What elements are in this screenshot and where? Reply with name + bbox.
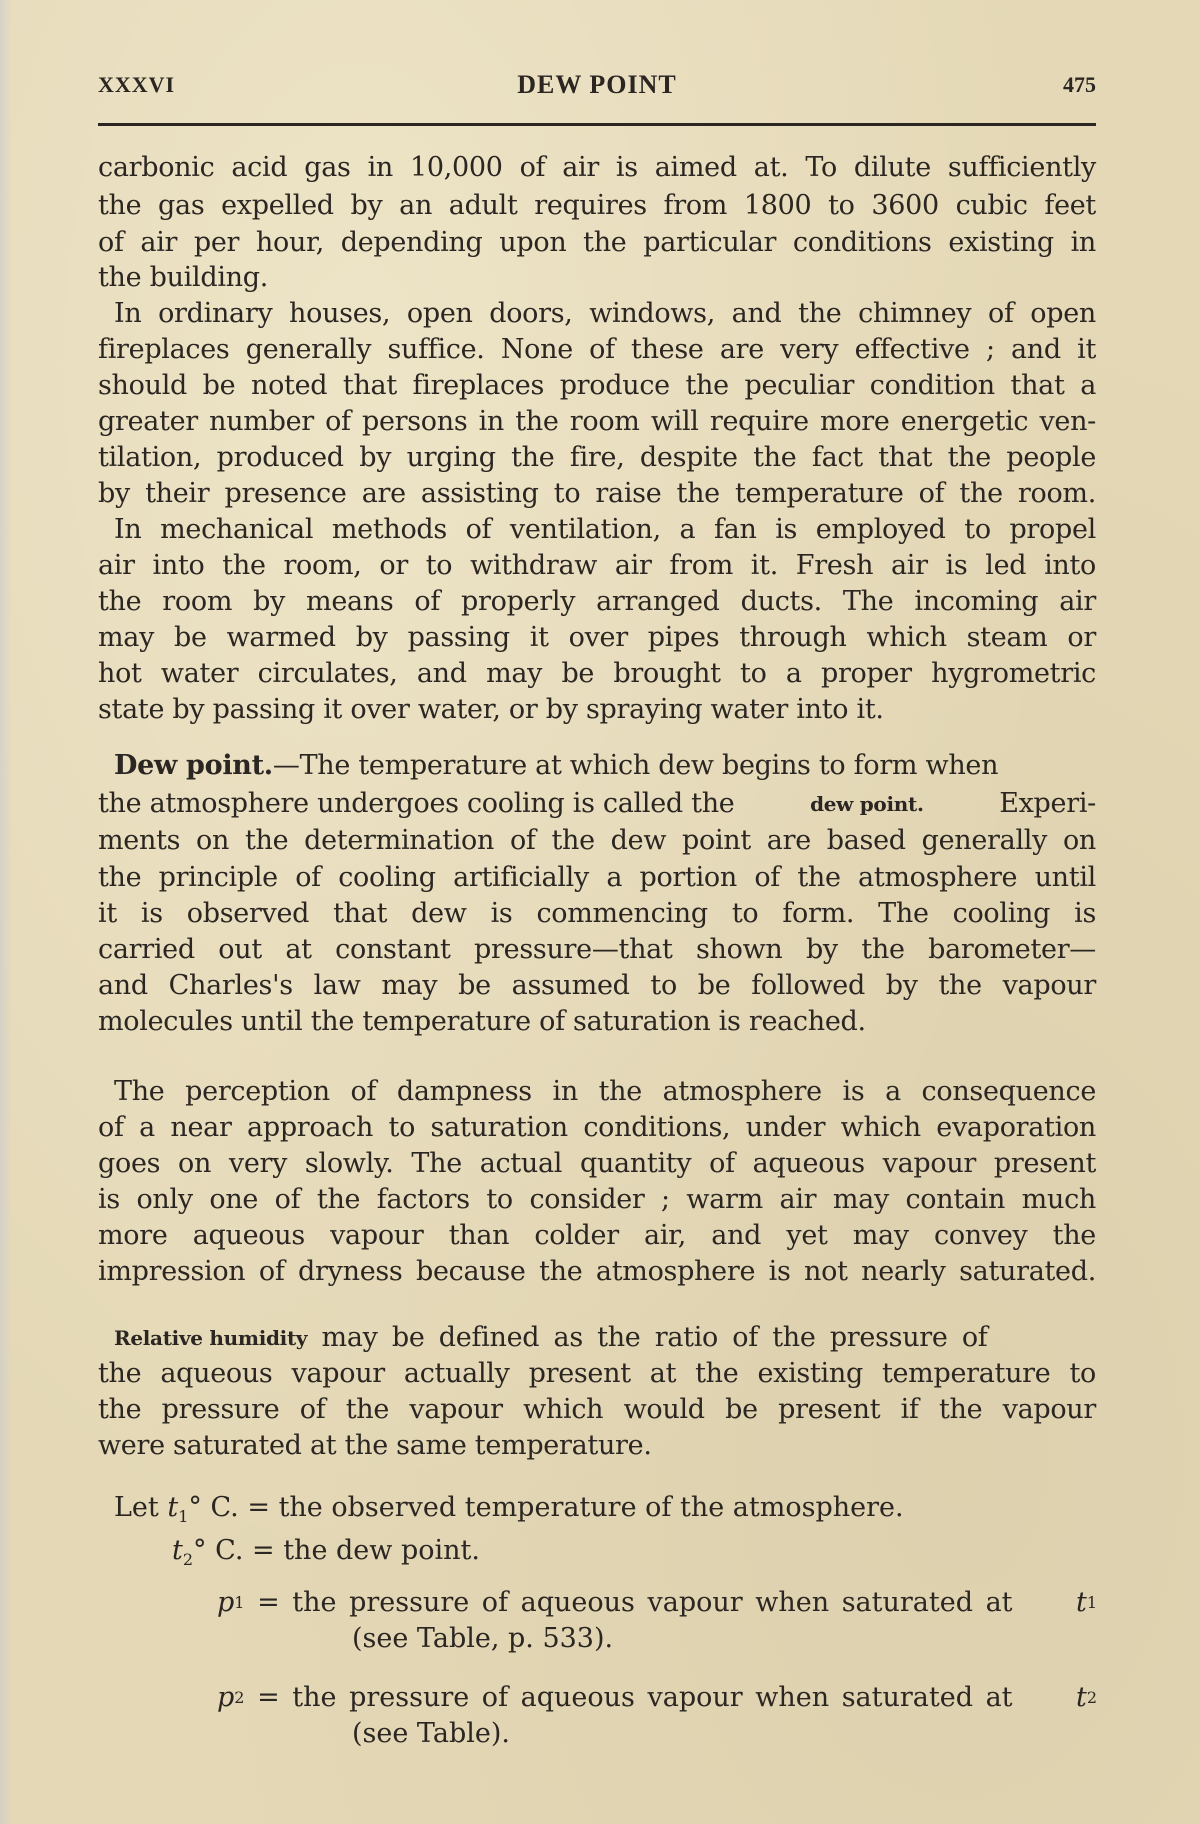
unit: ° C.	[193, 1535, 243, 1566]
symbol-p: p	[217, 1585, 234, 1621]
text-line: carried out at constant pressure—that sh…	[98, 932, 1096, 968]
text-line: carbonic acid gas in 10,000 of air is ai…	[98, 150, 1096, 186]
defined-term-dew-point: dew point.	[810, 786, 924, 822]
symbol-t: t	[172, 1535, 183, 1566]
header-rule	[98, 123, 1096, 126]
let-label: Let	[114, 1492, 159, 1523]
text-line: of air per hour, depending upon the part…	[98, 225, 1096, 261]
section-heading-dew-point: Dew point.	[114, 748, 273, 784]
definition-text: = the pressure of aqueous vapour when sa…	[244, 1680, 1025, 1716]
text-line: by their presence are assisting to raise…	[98, 476, 1096, 512]
text-line: Relative humidity may be defined as the …	[114, 1320, 1096, 1356]
text-line: The perception of dampness in the atmosp…	[114, 1074, 1096, 1110]
subscript: 2	[1087, 1680, 1097, 1716]
text-line: air into the room, or to withdraw air fr…	[98, 548, 1096, 584]
text-line: and Charles's law may be assumed to be f…	[98, 968, 1096, 1004]
running-head: XXXVI DEW POINT 475	[98, 70, 1096, 106]
text-line: may be warmed by passing it over pipes t…	[98, 620, 1096, 656]
subscript: 2	[234, 1680, 244, 1716]
text-run: may be defined as the ratio of the press…	[307, 1320, 987, 1356]
symbol-p: p	[217, 1680, 234, 1716]
text-line: state by passing it over water, or by sp…	[98, 692, 1096, 728]
subscript: 1	[1087, 1585, 1097, 1621]
definition-text: = the observed temperature of the atmosp…	[239, 1492, 904, 1523]
unit: ° C.	[188, 1492, 238, 1523]
text-line: hot water circulates, and may be brought…	[98, 656, 1096, 692]
text-line: were saturated at the same temperature.	[98, 1428, 1096, 1464]
text-line: the gas expelled by an adult requires fr…	[98, 188, 1096, 224]
text-run: —The temperature at which dew begins to …	[273, 748, 998, 784]
text-line: impression of dryness because the atmosp…	[98, 1254, 1096, 1290]
text-line: the building.	[98, 260, 1096, 296]
text-line: fireplaces generally suffice. None of th…	[98, 332, 1096, 368]
definition-text: = the dew point.	[243, 1535, 480, 1566]
text-line: the aqueous vapour actually present at t…	[98, 1356, 1096, 1392]
text-run: Experi-	[999, 786, 1096, 822]
text-line: the room by means of properly arranged d…	[98, 584, 1096, 620]
text-line: the pressure of the vapour which would b…	[98, 1392, 1096, 1428]
text-line: is only one of the factors to consider ;…	[98, 1182, 1096, 1218]
book-page: XXXVI DEW POINT 475 carbonic acid gas in…	[0, 0, 1200, 1824]
text-line: the principle of cooling artificially a …	[98, 860, 1096, 896]
page-number: 475	[1063, 72, 1096, 98]
text-line: more aqueous vapour than colder air, and…	[98, 1218, 1096, 1254]
text-line: molecules until the temperature of satur…	[98, 1004, 1096, 1040]
symbol-t: t	[1076, 1585, 1087, 1621]
definition-p1-continuation: (see Table, p. 533).	[352, 1621, 613, 1657]
running-title: DEW POINT	[98, 70, 1096, 100]
text-line: it is observed that dew is commencing to…	[98, 896, 1096, 932]
definition-p2-continuation: (see Table).	[352, 1716, 510, 1752]
definition-p1: p1 = the pressure of aqueous vapour when…	[217, 1585, 1097, 1621]
definition-t1: Let t1° C. = the observed temperature of…	[114, 1490, 904, 1535]
defined-term-relative-humidity: Relative humidity	[114, 1320, 307, 1356]
text-line: the atmosphere undergoes cooling is call…	[98, 786, 1096, 822]
text-line: tilation, produced by urging the fire, d…	[98, 440, 1096, 476]
subscript: 1	[234, 1585, 244, 1621]
text-run: the atmosphere undergoes cooling is call…	[98, 786, 734, 822]
text-line: In mechanical methods of ventilation, a …	[114, 512, 1096, 548]
text-line: should be noted that fireplaces produce …	[98, 368, 1096, 404]
text-line: Dew point.—The temperature at which dew …	[114, 748, 1096, 784]
symbol-t: t	[167, 1492, 178, 1523]
text-line: of a near approach to saturation conditi…	[98, 1110, 1096, 1146]
definition-text: = the pressure of aqueous vapour when sa…	[244, 1585, 1025, 1621]
text-line: greater number of persons in the room wi…	[98, 404, 1096, 440]
subscript: 2	[183, 1550, 193, 1569]
text-line: goes on very slowly. The actual quantity…	[98, 1146, 1096, 1182]
text-line: In ordinary houses, open doors, windows,…	[114, 296, 1096, 332]
definition-p2: p2 = the pressure of aqueous vapour when…	[217, 1680, 1097, 1716]
definition-t2: t2° C. = the dew point.	[172, 1533, 480, 1578]
symbol-t: t	[1076, 1680, 1087, 1716]
text-line: ments on the determination of the dew po…	[98, 823, 1096, 859]
subscript: 1	[178, 1507, 188, 1526]
